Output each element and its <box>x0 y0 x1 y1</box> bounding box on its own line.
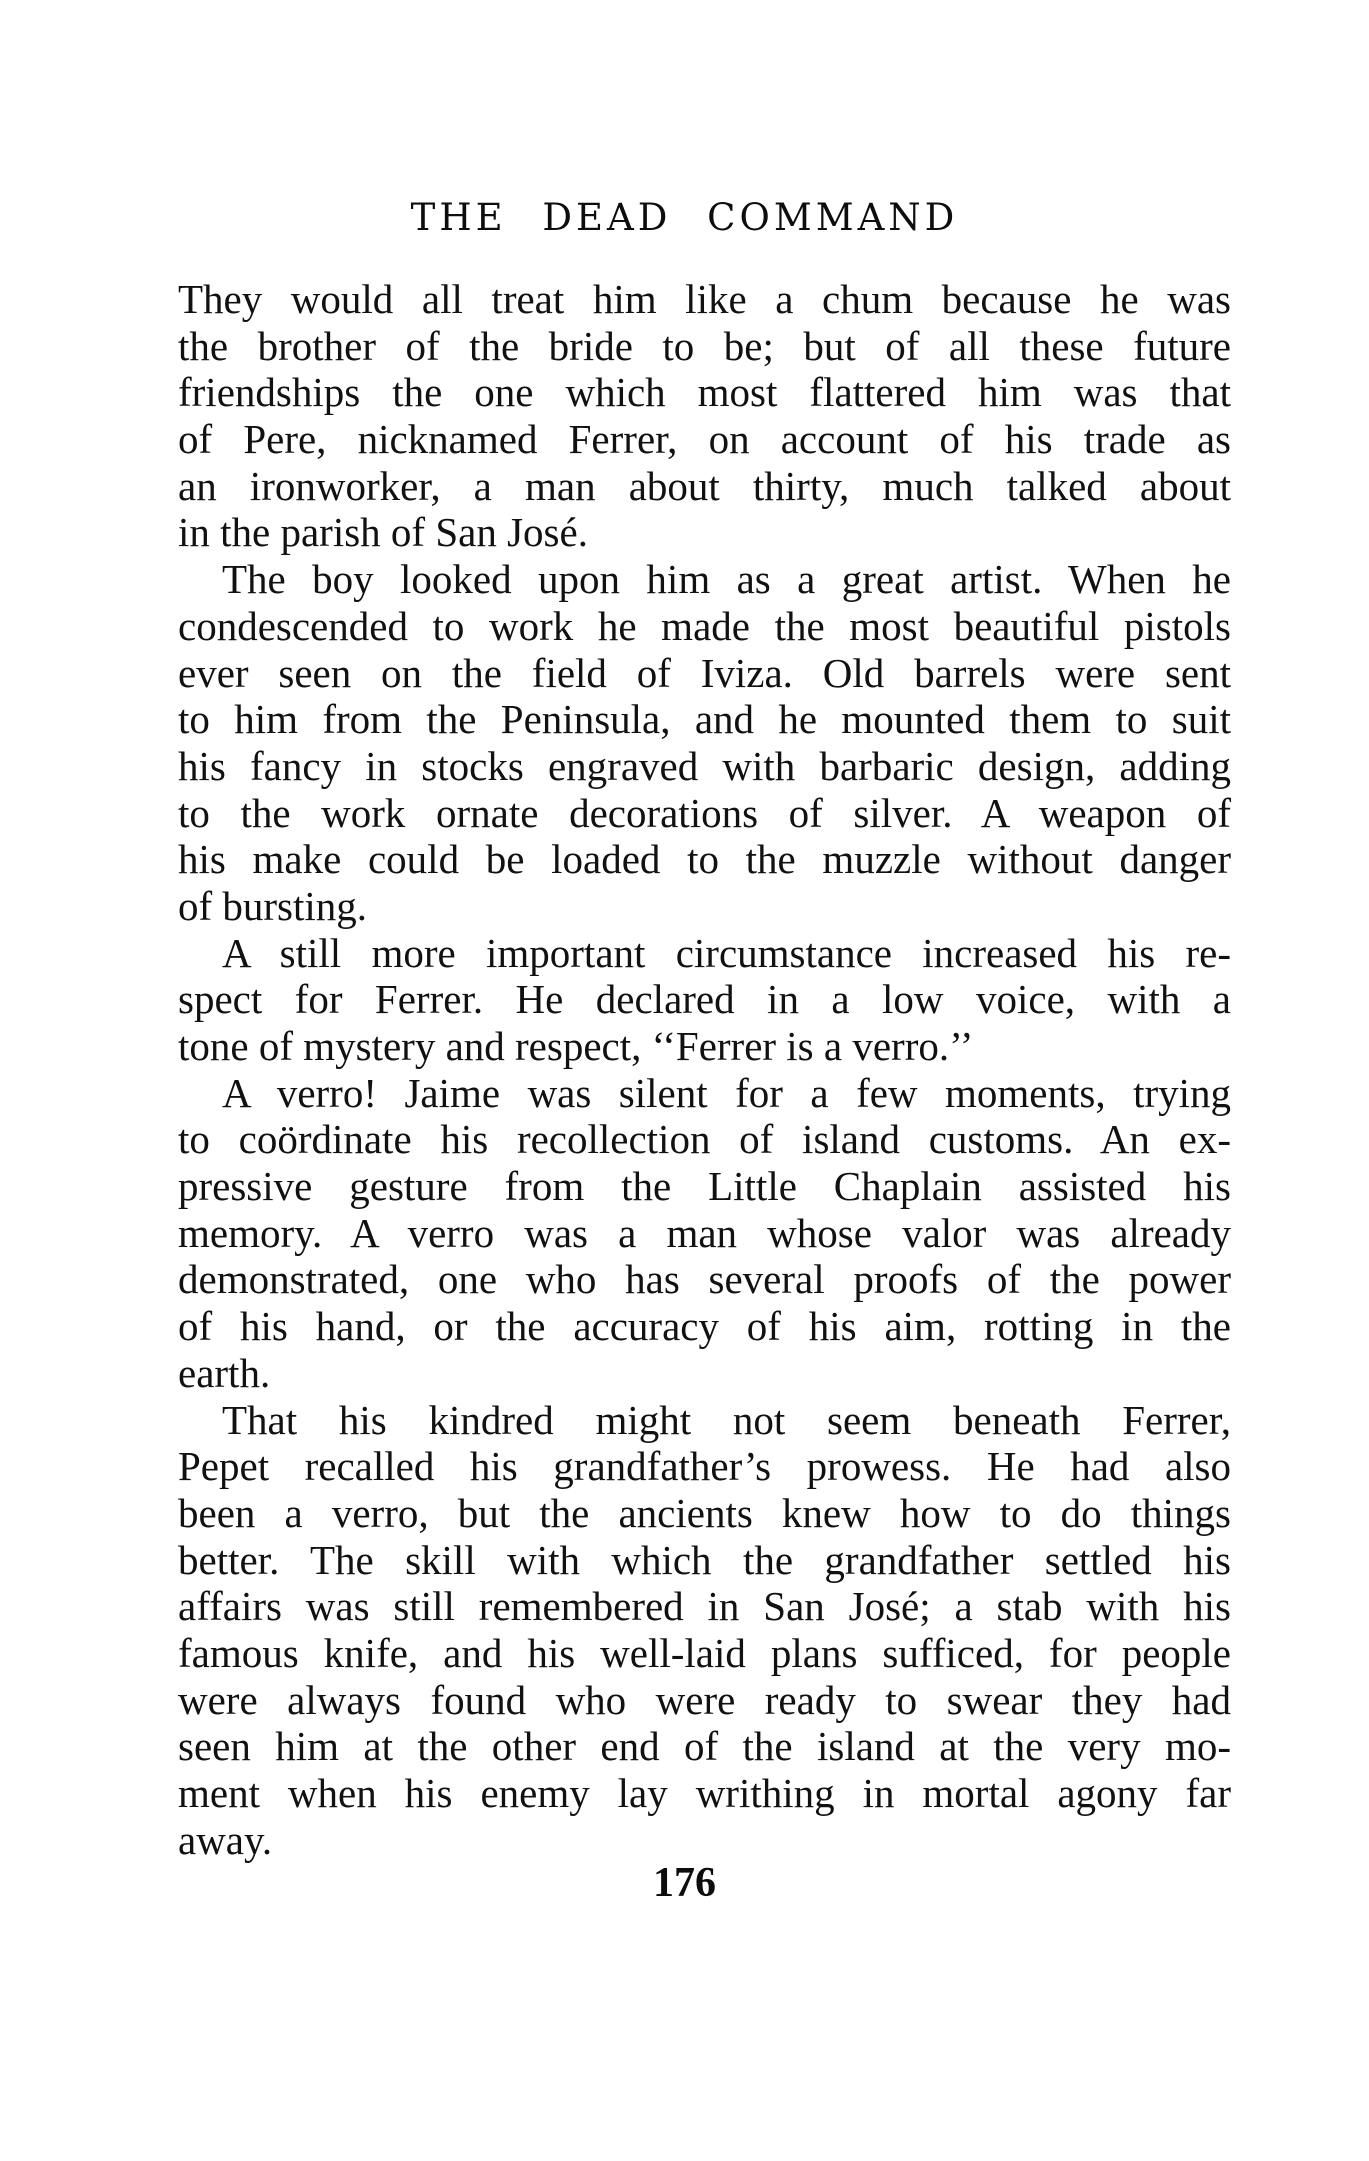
text-line: an ironworker, a man about thirty, much … <box>178 463 1231 510</box>
book-page: THE DEAD COMMAND They would all treat hi… <box>0 0 1369 2161</box>
text-line: A still more important circumstance incr… <box>178 930 1231 977</box>
text-line: of Pere, nicknamed Ferrer, on account of… <box>178 416 1231 463</box>
page-number: 176 <box>0 1860 1369 1906</box>
paragraph: A still more important circumstance incr… <box>178 930 1231 1070</box>
running-head-title: THE DEAD COMMAND <box>0 193 1369 243</box>
text-line: been a verro, but the ancients knew how … <box>178 1490 1231 1537</box>
text-line: seen him at the other end of the island … <box>178 1723 1231 1770</box>
text-line: The boy looked upon him as a great artis… <box>178 556 1231 603</box>
text-line: demonstrated, one who has several proofs… <box>178 1256 1231 1303</box>
text-line: his fancy in stocks engraved with barbar… <box>178 743 1231 790</box>
paragraph: They would all treat him like a chum bec… <box>178 276 1231 556</box>
text-line: to him from the Peninsula, and he mounte… <box>178 696 1231 743</box>
paragraph: That his kindred might not seem beneath … <box>178 1397 1231 1864</box>
text-line: affairs was still remembered in San José… <box>178 1583 1231 1630</box>
text-line: to coördinate his recollection of island… <box>178 1116 1231 1163</box>
text-line: tone of mystery and respect, ‘‘Ferrer is… <box>178 1023 1231 1070</box>
paragraph: A verro! Jaime was silent for a few mome… <box>178 1070 1231 1397</box>
text-line: in the parish of San José. <box>178 509 1231 556</box>
body-text: They would all treat him like a chum bec… <box>178 276 1231 1863</box>
text-line: ment when his enemy lay writhing in mort… <box>178 1770 1231 1817</box>
text-line: earth. <box>178 1350 1231 1397</box>
text-line: condescended to work he made the most be… <box>178 603 1231 650</box>
text-line: A verro! Jaime was silent for a few mome… <box>178 1070 1231 1117</box>
text-line: of his hand, or the accuracy of his aim,… <box>178 1303 1231 1350</box>
text-line: Pepet recalled his grandfather’s prowess… <box>178 1443 1231 1490</box>
text-line: better. The skill with which the grandfa… <box>178 1537 1231 1584</box>
text-line: They would all treat him like a chum bec… <box>178 276 1231 323</box>
text-line: away. <box>178 1817 1231 1864</box>
text-line: his make could be loaded to the muzzle w… <box>178 836 1231 883</box>
text-line: of bursting. <box>178 883 1231 930</box>
text-line: memory. A verro was a man whose valor wa… <box>178 1210 1231 1257</box>
text-line: were always found who were ready to swea… <box>178 1677 1231 1724</box>
text-line: to the work ornate decorations of silver… <box>178 790 1231 837</box>
text-line: ever seen on the field of Iviza. Old bar… <box>178 650 1231 697</box>
text-line: the brother of the bride to be; but of a… <box>178 323 1231 370</box>
text-line: pressive gesture from the Little Chaplai… <box>178 1163 1231 1210</box>
text-line: That his kindred might not seem beneath … <box>178 1397 1231 1444</box>
paragraph: The boy looked upon him as a great artis… <box>178 556 1231 930</box>
text-line: spect for Ferrer. He declared in a low v… <box>178 976 1231 1023</box>
text-line: friendships the one which most flattered… <box>178 369 1231 416</box>
text-line: famous knife, and his well-laid plans su… <box>178 1630 1231 1677</box>
